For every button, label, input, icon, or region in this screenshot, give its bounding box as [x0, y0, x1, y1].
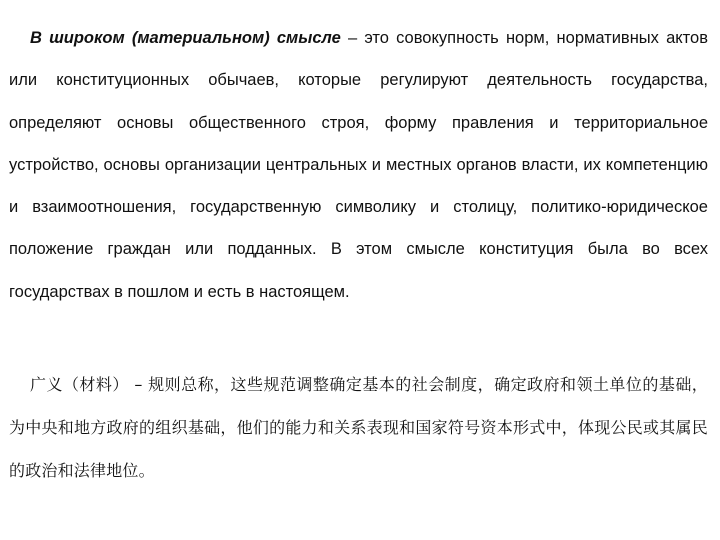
paragraph-chinese: 广义（材料） – 规则总称，这些规范调整确定基本的社会制度，确定政府和领土单位的… — [9, 363, 708, 492]
definition-text: – это совокупность норм, нормативных акт… — [9, 29, 708, 301]
defined-term: В широком (материальном) смысле — [30, 29, 341, 47]
paragraph-russian: В широком (материальном) смысле – это со… — [9, 17, 708, 313]
